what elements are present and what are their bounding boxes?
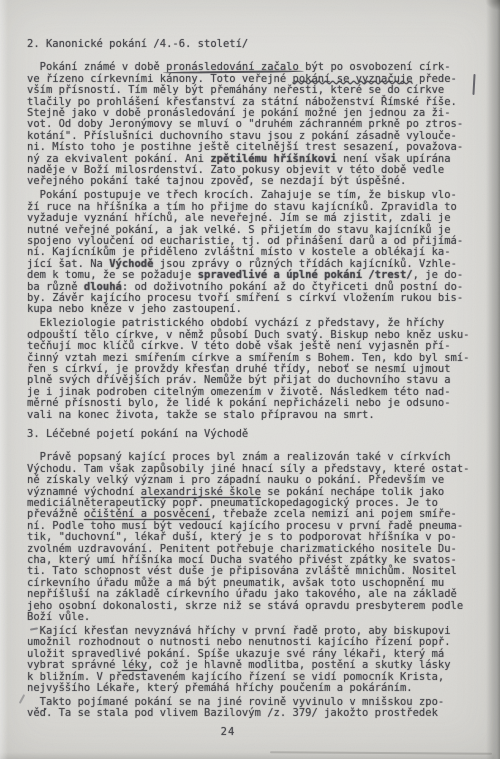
text-segment-u: alexandrijské škole <box>141 486 261 498</box>
text-segment: vot. Od doby Jeronýmovy se mluví o "druh… <box>27 118 463 130</box>
text-segment: významné východní <box>27 486 141 498</box>
text-segment-u: očištění a posvěcení <box>84 508 210 520</box>
paragraph: Ekleziologie patristického období vycház… <box>27 318 473 421</box>
text-segment: ti. Tato schopnost vést duše je připisov… <box>27 565 457 577</box>
section-heading: 2. Kanonické pokání /4.-6. století/ <box>27 39 473 50</box>
pen-margin-stroke <box>472 74 475 95</box>
text-segment: plně svých dřívějších práv. Nemůže být p… <box>27 374 451 386</box>
text-line: Boží vůle. <box>27 612 473 623</box>
text-segment: : od doživotního pokání až do čtyřiceti … <box>122 281 463 293</box>
text-segment: Východu. Tam však zapůsobily jiné hnací … <box>27 463 470 475</box>
text-segment: ve řízeno církevními kánony. Toto veřejn… <box>27 73 293 85</box>
text-segment: ní. Kajícníkům je přiděleno zvláštní mís… <box>27 246 451 258</box>
text-segment: vyžaduje vyznání hříchů, ale neveřejné. … <box>27 212 451 224</box>
paragraph: Pokání postupuje ve třech krocích. Zahaj… <box>27 190 473 315</box>
text-line: veřejného pokání také tajnou zpověď, se … <box>27 176 473 187</box>
text-segment: jeho osobní dokonalosti, skrze niž se st… <box>27 600 463 612</box>
text-segment: dem k tomu, že se požaduje <box>27 269 198 281</box>
text-segment: tik, "duchovní", lékař duší, který je s … <box>27 531 457 543</box>
text-segment: veřejného pokání také tajnou zpověď, se … <box>27 175 406 187</box>
text-segment: Pokání postupuje ve třech krocích. Zahaj… <box>27 189 457 201</box>
text-segment: je i jinak podroben citelným omezením v … <box>27 386 451 398</box>
scan-edge-artifact <box>270 751 492 754</box>
text-segment: ží ruce na hříšníka a tím ho přijme do s… <box>27 201 457 213</box>
text-segment-strike: pronásledování začalo <box>166 61 299 73</box>
text-segment: přede- <box>413 73 457 85</box>
text-segment: měrné přísnosti bylo, že lidé k pokání n… <box>27 397 451 409</box>
text-segment: nejvyššího Lékaře, který přemáhá hříchy … <box>27 682 413 694</box>
text-segment: uložit spravedlivé pokání. Spíše ukazuje… <box>27 648 444 660</box>
text-block: 2. Kanonické pokání /4.-6. století/ Poká… <box>27 39 473 738</box>
pen-margin-tick <box>19 694 25 704</box>
text-segment: ni. Místo toho je postihne ještě citelně… <box>27 141 463 153</box>
text-segment: kupa nebo kněze v jeho zastoupení. <box>27 303 242 315</box>
text-segment: není však upírána <box>337 153 451 165</box>
text-segment: ba různě <box>27 281 84 293</box>
text-segment-b: spravedlivé a úplné pokání /trest/ <box>198 269 413 281</box>
text-segment: tlačily po prohlášení křesťanství za stá… <box>27 96 457 108</box>
text-segment: vším přísností. Tím měly být přemáhány n… <box>27 84 444 96</box>
text-line: věď. Ta se stala pod vlivem Bazilovým /z… <box>27 708 473 719</box>
text-segment: vali na konec života, takže se stalo pří… <box>27 409 375 421</box>
text-segment: nepříšluší na základě církevního úřadu j… <box>27 588 457 600</box>
section-heading: 3. Léčebné pojetí pokání na Východě <box>27 429 473 440</box>
paragraph: Kající křesťan nevyznává hříchy v první … <box>27 626 473 694</box>
text-segment: jící šat. Na <box>27 258 109 270</box>
text-line: jeho osobní dokonalosti, skrze niž se st… <box>27 601 473 612</box>
text-segment-b: zpětilému hříšníkovi <box>210 153 336 165</box>
text-segment-b: Východě <box>109 258 153 270</box>
paragraph: Pokání známé v době pronásledování začal… <box>27 62 473 187</box>
page-number: 24 <box>5 727 451 738</box>
text-segment: vybrat správné <box>27 659 122 671</box>
text-segment: , což je hlavně modlitba, postění a skut… <box>147 659 450 671</box>
text-segment: tečňují moc klíčů církve. V této době vš… <box>27 340 451 352</box>
text-segment: se pokání nechápe tolik jako <box>261 486 444 498</box>
paragraph: Takto pojímané pokání se na jiné rovině … <box>27 697 473 720</box>
text-segment: Právě popsaný kající proces byl znám a r… <box>27 451 451 463</box>
text-segment: Boží vůle. <box>27 611 90 623</box>
text-segment: ný za ekvivalent pokání. Ani <box>27 153 210 165</box>
text-segment: ně získaly velký význam i pro západní na… <box>27 474 444 486</box>
text-segment: zvolném uzdravování. Penitent potřebuje … <box>27 543 457 555</box>
text-segment: být po osvobození círk- <box>299 61 451 73</box>
text-segment: , třebaže zcela nemizí ani pojem smíře- <box>210 508 457 520</box>
text-segment-u: léky <box>122 659 147 671</box>
text-segment: věď. Ta se stala pod vlivem Bazilovým /z… <box>27 707 438 719</box>
text-segment-wavy: pokání se vyznačuje <box>293 73 413 85</box>
text-segment: odpouští tělo církve, v němž působí Duch… <box>27 329 470 341</box>
text-segment: k bližním. V představeném kajícího řízen… <box>27 671 444 683</box>
text-segment: , je do- <box>413 269 464 281</box>
text-segment: jsou zprávy o různých třídách kajícníků.… <box>153 258 456 270</box>
scanned-page: 2. Kanonické pokání /4.-6. století/ Poká… <box>0 0 500 759</box>
text-line: vali na konec života, takže se stalo pří… <box>27 410 473 421</box>
text-line: kupa nebo kněze v jeho zastoupení. <box>27 304 473 315</box>
text-segment: činný vztah mezi smířením církve a smíře… <box>27 352 470 364</box>
text-segment: nutné veřejné pokání, a jak velké. S při… <box>27 224 451 236</box>
text-segment: Pokání známé v době <box>27 61 166 73</box>
text-segment: umožnil rozhodnout o nutnosti nebo nenut… <box>27 636 451 648</box>
text-line: nejvyššího Lékaře, který přemáhá hříchy … <box>27 683 473 694</box>
paragraph: Právě popsaný kající proces byl znám a r… <box>27 452 473 623</box>
text-segment: Ekleziologie patristického období vycház… <box>27 317 444 329</box>
text-segment-b: dlouhá <box>84 281 122 293</box>
text-segment: převážně <box>27 508 84 520</box>
